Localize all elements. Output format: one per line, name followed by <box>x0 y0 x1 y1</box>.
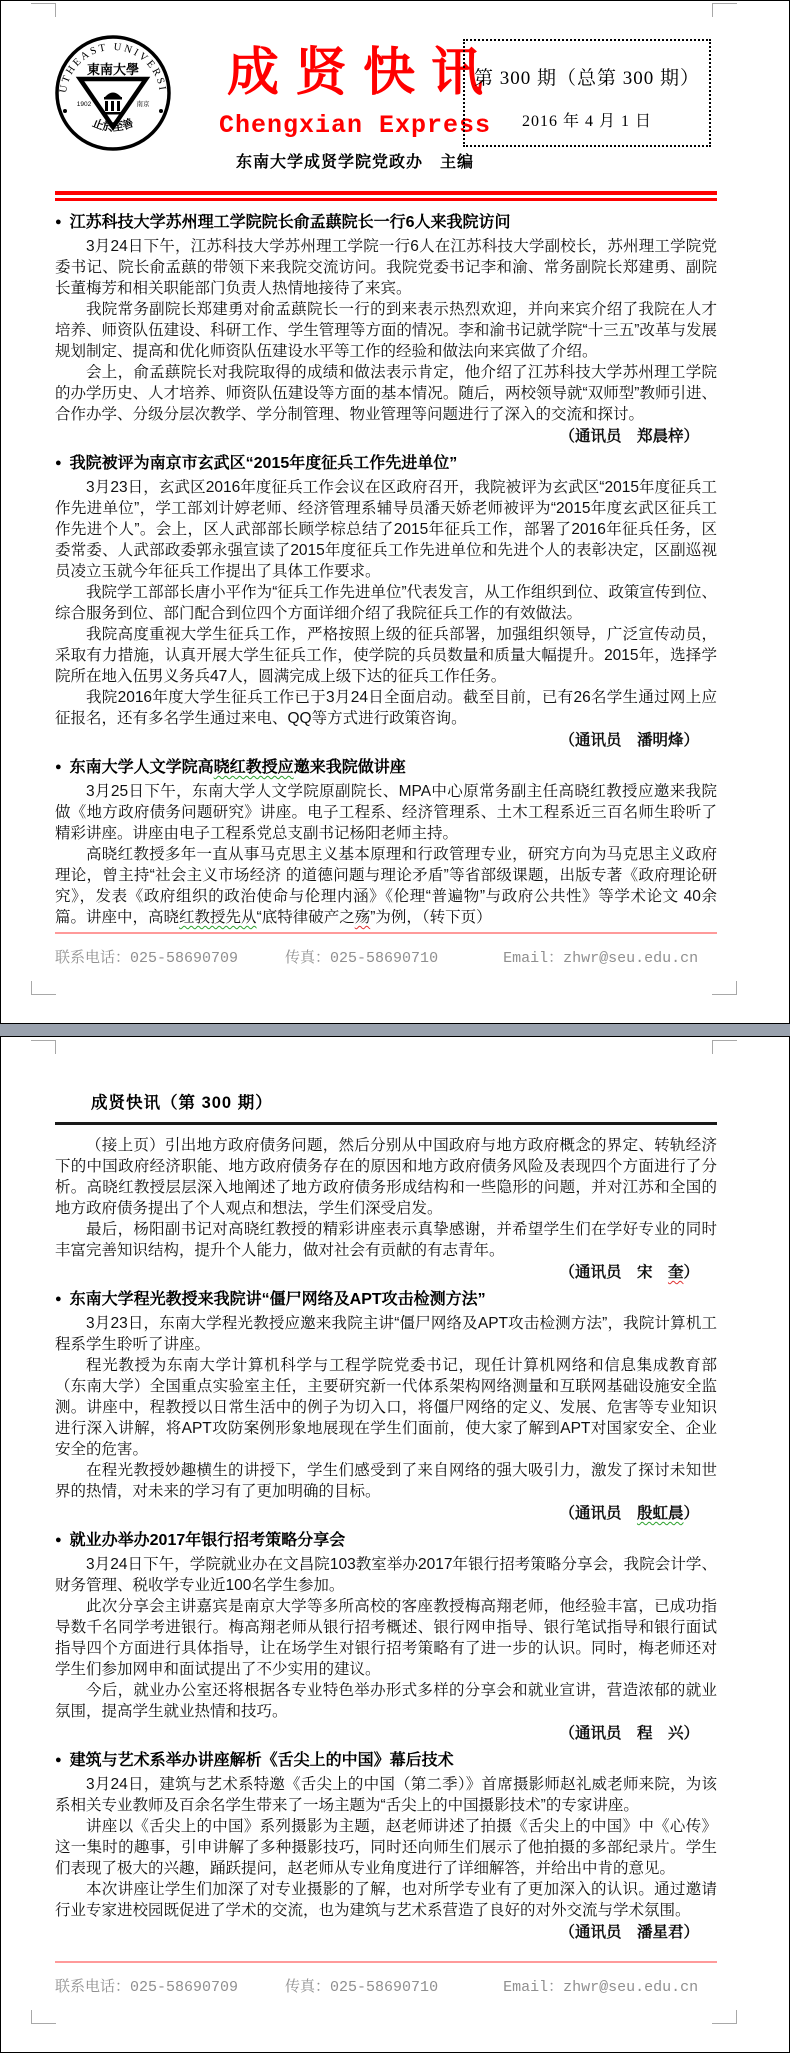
page-footer: 联系电话：025-58690709 传真：025-58690710 Email：… <box>55 932 717 967</box>
article-paragraph: 此次分享会主讲嘉宾是南京大学等多所高校的客座教授梅高翔老师，他经验丰富，已成功指… <box>55 1596 717 1680</box>
svg-text:1902: 1902 <box>77 101 92 108</box>
spellcheck-underline: 殷虹晨 <box>637 1505 684 1522</box>
editor-line: 东南大学成贤学院党政办 主编 <box>195 149 515 172</box>
article-paragraph: 3月23日，玄武区2016年度征兵工作会议在区政府召开，我院被评为玄武区“201… <box>55 477 717 582</box>
article-paragraph: 我院学工部部长唐小平作为“征兵工作先进单位”代表发言，从工作组织到位、政策宣传到… <box>55 582 717 624</box>
article-title-text: 东南大学程光教授来我院讲“僵尸网络及APT攻击检测方法” <box>70 1291 486 1308</box>
article-title-text: 我院被评为南京市玄武区“2015年度征兵工作先进单位” <box>70 455 458 472</box>
newsletter-page-1: SOUTHEAST UNIVERSITY 東南大學 1902 南京 <box>0 0 790 1024</box>
bullet-icon: ● <box>55 761 62 773</box>
article-paragraph: 3月24日下午，江苏科技大学苏州理工学院一行6人在江苏科技大学副校长，苏州理工学… <box>55 236 717 299</box>
masthead: SOUTHEAST UNIVERSITY 東南大學 1902 南京 <box>55 1 717 189</box>
university-seal-icon: SOUTHEAST UNIVERSITY 東南大學 1902 南京 <box>49 33 177 158</box>
article-paragraph: 程光教授为东南大学计算机科学与工程学院党委书记，现任计算机网络和信息集成教育部（… <box>55 1355 717 1460</box>
article-byline: （通讯员 郑晨梓） <box>55 425 717 448</box>
footer-divider <box>55 932 717 934</box>
article-title: ●我院被评为南京市玄武区“2015年度征兵工作先进单位” <box>55 452 717 475</box>
news-article: （接上页）引出地方政府债务问题，然后分别从中国政府与地方政府概念的界定、转轨经济… <box>55 1135 717 1284</box>
article-paragraph: 在程光教授妙趣横生的讲授下，学生们感受到了来自网络的强大吸引力，激发了探讨未知世… <box>55 1460 717 1502</box>
spellcheck-underline: 奎 <box>668 1264 684 1281</box>
article-byline: （通讯员 潘星君） <box>55 1921 717 1944</box>
seal-building <box>103 93 123 115</box>
article-title: ●就业办举办2017年银行招考策略分享会 <box>55 1529 717 1552</box>
article-byline: （通讯员 殷虹晨） <box>55 1502 717 1525</box>
page-separator <box>0 1024 790 1036</box>
article-title-text: 江苏科技大学苏州理工学院院长俞孟蕻院长一行6人来我院访问 <box>70 214 511 231</box>
article-paragraph: 3月23日，东南大学程光教授应邀来我院主讲“僵尸网络及APT攻击检测方法”，我院… <box>55 1313 717 1355</box>
page-footer: 联系电话：025-58690709 传真：025-58690710 Email：… <box>55 1961 717 1996</box>
crop-mark-icon <box>31 3 56 17</box>
article-paragraph: 本次讲座让学生们加深了对专业摄影的了解，也对所学专业有了更加深入的认识。通过邀请… <box>55 1879 717 1921</box>
footer-phone: 联系电话：025-58690709 <box>55 1979 238 1996</box>
bullet-icon: ● <box>55 1534 62 1546</box>
article-paragraph: 3月25日下午，东南大学人文学院原副院长、MPA中心原常务副主任高晓红教授应邀来… <box>55 781 717 844</box>
article-title-text: 东南大学人文学院高晓红教授应邀来我院做讲座 <box>70 759 406 776</box>
crop-mark-icon <box>712 2010 737 2024</box>
running-head-divider <box>55 1122 717 1125</box>
article-paragraph: 高晓红教授多年一直从事马克思主义基本原理和行政管理专业，研究方向为马克思主义政府… <box>55 844 717 928</box>
bullet-icon: ● <box>55 216 62 228</box>
article-title: ●东南大学程光教授来我院讲“僵尸网络及APT攻击检测方法” <box>55 1288 717 1311</box>
article-byline: （通讯员 程 兴） <box>55 1722 717 1745</box>
svg-text:東南大學: 東南大學 <box>87 62 139 77</box>
document-canvas: SOUTHEAST UNIVERSITY 東南大學 1902 南京 <box>0 0 790 2053</box>
news-article: ●就业办举办2017年银行招考策略分享会3月24日下午，学院就业办在文昌院103… <box>55 1529 717 1745</box>
article-paragraph: 我院常务副院长郑建勇对俞孟蕻院长一行的到来表示热烈欢迎，并向来宾介绍了我院在人才… <box>55 299 717 362</box>
footer-divider <box>55 1961 717 1963</box>
bullet-icon: ● <box>55 1293 62 1305</box>
article-paragraph: 今后，就业办公室还将根据各专业特色举办形式多样的分享会和就业宣讲，营造浓郁的就业… <box>55 1680 717 1722</box>
article-byline: （通讯员 宋 奎） <box>55 1261 717 1284</box>
running-head: 成贤快讯（第 300 期） <box>55 1037 717 1125</box>
crop-mark-icon <box>31 981 56 995</box>
articles-page-2: （接上页）引出地方政府债务问题，然后分别从中国政府与地方政府概念的界定、转轨经济… <box>55 1135 717 1944</box>
article-title-text: 建筑与艺术系举办讲座解析《舌尖上的中国》幕后技术 <box>70 1752 454 1769</box>
footer-email: Email：zhwr@seu.edu.cn <box>503 1979 698 1996</box>
article-paragraph: 讲座以《舌尖上的中国》系列摄影为主题，赵老师讲述了拍摄《舌尖上的中国》中《心传》… <box>55 1816 717 1879</box>
article-paragraph: 我院2016年度大学生征兵工作已于3月24日全面启动。截至目前，已有26名学生通… <box>55 687 717 729</box>
article-paragraph: 最后，杨阳副书记对高晓红教授的精彩讲座表示真挚感谢，并希望学生们在学好专业的同时… <box>55 1219 717 1261</box>
footer-fax: 传真：025-58690710 <box>285 950 438 967</box>
article-paragraph: 3月24日下午，学院就业办在文昌院103教室举办2017年银行招考策略分享会，我… <box>55 1554 717 1596</box>
spellcheck-underline: 晓红教授应 <box>214 759 294 776</box>
article-paragraph: 会上，俞孟蕻院长对我院取得的成绩和做法表示肯定，他介绍了江苏科技大学苏州理工学院… <box>55 362 717 425</box>
crop-mark-icon <box>712 981 737 995</box>
crop-mark-icon <box>31 1040 56 1054</box>
footer-phone: 联系电话：025-58690709 <box>55 950 238 967</box>
running-head-title: 成贤快讯（第 300 期） <box>55 1089 717 1113</box>
news-article: ●江苏科技大学苏州理工学院院长俞孟蕻院长一行6人来我院访问3月24日下午，江苏科… <box>55 211 717 448</box>
bullet-icon: ● <box>55 457 62 469</box>
article-title: ●建筑与艺术系举办讲座解析《舌尖上的中国》幕后技术 <box>55 1749 717 1772</box>
articles-page-1: ●江苏科技大学苏州理工学院院长俞孟蕻院长一行6人来我院访问3月24日下午，江苏科… <box>55 211 717 928</box>
article-title: ●东南大学人文学院高晓红教授应邀来我院做讲座 <box>55 756 717 779</box>
issue-date: 2016 年 4 月 1 日 <box>465 108 709 131</box>
article-paragraph: 我院高度重视大学生征兵工作，严格按照上级的征兵部署，加强组织领导，广泛宣传动员，… <box>55 624 717 687</box>
news-article: ●建筑与艺术系举办讲座解析《舌尖上的中国》幕后技术3月24日，建筑与艺术系特邀《… <box>55 1749 717 1944</box>
article-title-text: 就业办举办2017年银行招考策略分享会 <box>70 1532 346 1549</box>
news-article: ●我院被评为南京市玄武区“2015年度征兵工作先进单位”3月23日，玄武区201… <box>55 452 717 752</box>
news-article: ●东南大学人文学院高晓红教授应邀来我院做讲座3月25日下午，东南大学人文学院原副… <box>55 756 717 928</box>
bullet-icon: ● <box>55 1754 62 1766</box>
footer-email: Email：zhwr@seu.edu.cn <box>503 950 698 967</box>
newsletter-page-2: 成贤快讯（第 300 期） （接上页）引出地方政府债务问题，然后分别从中国政府与… <box>0 1036 790 2053</box>
article-paragraph: （接上页）引出地方政府债务问题，然后分别从中国政府与地方政府概念的界定、转轨经济… <box>55 1135 717 1219</box>
svg-text:南京: 南京 <box>137 99 151 108</box>
crop-mark-icon <box>31 2010 56 2024</box>
svg-text:止於至善: 止於至善 <box>91 115 136 134</box>
spellcheck-underline: 红教授先从 <box>179 909 257 926</box>
footer-fax: 传真：025-58690710 <box>285 1979 438 1996</box>
news-article: ●东南大学程光教授来我院讲“僵尸网络及APT攻击检测方法”3月23日，东南大学程… <box>55 1288 717 1525</box>
issue-number: 第 300 期（总第 300 期） <box>465 63 709 90</box>
issue-box: 第 300 期（总第 300 期） 2016 年 4 月 1 日 <box>463 39 711 147</box>
article-byline: （通讯员 潘明烽） <box>55 729 717 752</box>
masthead-divider <box>55 191 717 201</box>
spellcheck-underline: 殇 <box>355 909 371 926</box>
article-title: ●江苏科技大学苏州理工学院院长俞孟蕻院长一行6人来我院访问 <box>55 211 717 234</box>
article-paragraph: 3月24日，建筑与艺术系特邀《舌尖上的中国（第二季）》首席摄影师赵礼威老师来院，… <box>55 1774 717 1816</box>
